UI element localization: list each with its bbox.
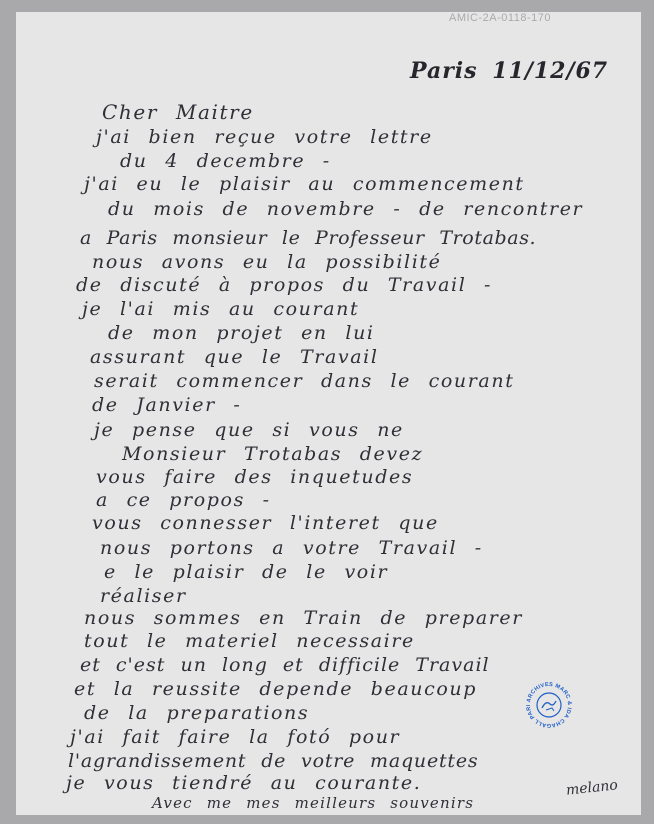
closing-line: Avec me mes meilleurs souvenirs — [152, 794, 474, 812]
letter-line: et c'est un long et difficile Travail — [80, 654, 490, 676]
letter-line: j'ai bien reçue votre lettre — [96, 126, 433, 148]
letter-line: vous faire des inquetudes — [96, 466, 413, 488]
letter-line: je l'ai mis au courant — [82, 298, 359, 320]
letter-line: de la preparations — [84, 702, 309, 724]
letter-line: tout le materiel necessaire — [84, 630, 415, 652]
letter-line: réaliser — [100, 585, 187, 607]
letter-line: je pense que si vous ne — [94, 419, 404, 441]
salutation: Cher Maitre — [102, 100, 254, 124]
letter-line: de Janvier - — [92, 394, 241, 416]
archive-id-label: AMIC-2A-0118-170 — [449, 12, 551, 24]
letter-line: du mois de novembre - de rencontrer — [108, 198, 583, 220]
letter-line: de discuté à propos du Travail - — [76, 274, 492, 296]
letter-line: e le plaisir de le voir — [104, 561, 388, 583]
letter-line: et la reussite depende beaucoup — [74, 678, 477, 700]
letter-line: nous sommes en Train de preparer — [84, 607, 523, 629]
letter-line: a Paris monsieur le Professeur Trotabas. — [80, 227, 536, 249]
archive-stamp: ARCHIVES MARC & IDA CHAGALL PARIS — [524, 680, 574, 730]
svg-text:ARCHIVES MARC & IDA CHAGALL PA: ARCHIVES MARC & IDA CHAGALL PARIS — [524, 680, 572, 728]
letter-line: j'ai fait faire la fotó pour — [70, 726, 400, 748]
letter-line: assurant que le Travail — [90, 346, 379, 368]
letter-line: du 4 decembre - — [120, 150, 331, 172]
letter-line: j'ai eu le plaisir au commencement — [84, 173, 525, 195]
date-line: Paris 11/12/67 — [410, 58, 608, 84]
letter-line: je vous tiendré au courante. — [66, 772, 421, 794]
letter-line: Monsieur Trotabas devez — [122, 443, 423, 465]
letter-line: a ce propos - — [96, 489, 271, 511]
letter-line: nous avons eu la possibilité — [92, 251, 441, 273]
letter-line: nous portons a votre Travail - — [100, 537, 483, 559]
letter-line: de mon projet en lui — [108, 322, 375, 344]
chagall-archive-stamp-icon: ARCHIVES MARC & IDA CHAGALL PARIS — [524, 680, 574, 730]
letter-line: vous connesser l'interet que — [92, 512, 439, 534]
letter-line: l'agrandissement de votre maquettes — [68, 750, 478, 772]
letter-line: serait commencer dans le courant — [94, 370, 514, 392]
